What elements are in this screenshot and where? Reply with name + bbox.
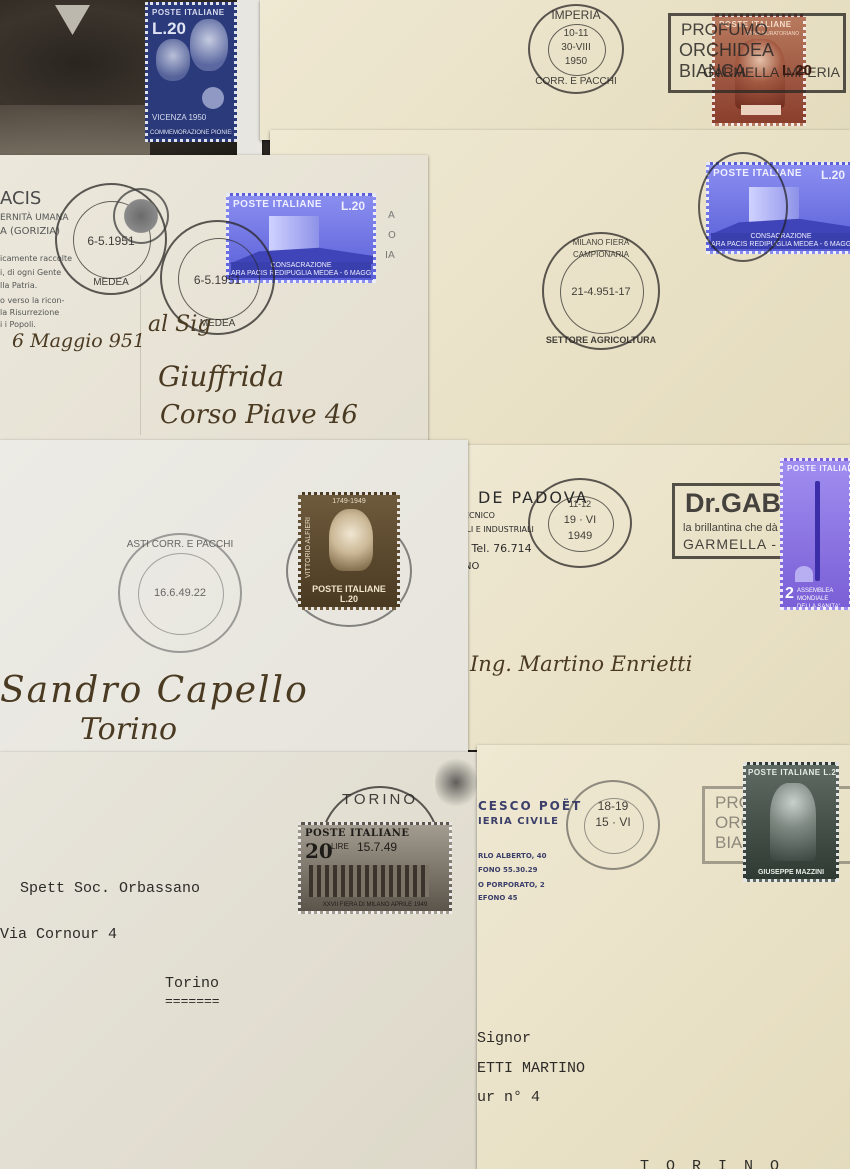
stamp-assemblea-sanita: POSTE ITALIANE 2 ASSEMBLEA MONDIALEDELLA…	[780, 458, 850, 610]
portrait-marzotto	[156, 39, 190, 81]
letterhead-phone: - Tel. 76.714	[464, 542, 532, 555]
dome-icon	[795, 566, 813, 582]
ink-smudge	[435, 755, 477, 810]
postcard-title: ACIS	[0, 188, 41, 209]
photo-highlight	[55, 5, 90, 35]
caduceus-icon	[815, 481, 820, 581]
handwritten-address: Corso Piave 46	[160, 400, 358, 430]
slogan-orchidea-bianca: PROFUMO ORCHIDEA BIANCA GARMELLA IMPERIA	[668, 13, 846, 93]
fair-building	[309, 865, 429, 897]
stamp-footer: GIUSEPPE MAZZINI	[748, 869, 834, 877]
stamp-header: POSTE ITALIANE	[787, 464, 845, 473]
statue-mazzini	[770, 783, 816, 861]
postmark-date: 15.7.49	[357, 840, 397, 854]
stamp-value: L.20	[821, 168, 845, 182]
postmark-time: 10-11	[530, 28, 622, 40]
postmark-asti: ASTI CORR. E PACCHI 16.6.49.22	[118, 533, 242, 653]
address-line2: ETTI MARTINO	[477, 1060, 585, 1077]
address-city: Torino	[165, 975, 219, 992]
letterhead-line: RLO ALBERTO, 40	[478, 852, 546, 860]
postmark-milano-stamp	[698, 152, 788, 262]
slogan-line3: GARMELLA IMPERIA	[703, 64, 840, 80]
address-line3: ur n° 4	[477, 1089, 540, 1106]
stamp-mazzini: POSTE ITALIANE L.20 GIUSEPPE MAZZINI	[743, 762, 839, 882]
stamp-footer: XXVII FIERA DI MILANO APRILE 1949	[303, 901, 447, 909]
postmark-city: IMPERIA	[530, 9, 622, 21]
stamp-footer: POSTE ITALIANE L.20	[303, 584, 395, 604]
postmark-time: 11-12	[530, 498, 630, 510]
commemorative-seal	[113, 188, 169, 244]
stamp-unit: LIRE	[331, 842, 349, 851]
letterhead-name: CESCO POËT	[478, 799, 582, 813]
postmark-city: MILANO FIERA CAMPIONARIA	[544, 237, 658, 261]
address-underline: =======	[165, 994, 220, 1009]
postmark-date: 30-VIII	[530, 42, 622, 54]
side-letter: O	[388, 230, 396, 241]
handwritten-recipient: Ing. Martino Enrietti	[470, 652, 692, 676]
medal	[202, 87, 224, 109]
letterhead-line: EFONO 45	[478, 894, 518, 902]
side-letter: A	[388, 210, 395, 221]
stamp-header: POSTE ITALIANE L.20	[748, 768, 832, 777]
stamp-header: POSTE ITALIANE	[152, 8, 230, 17]
postcard-divider	[140, 275, 141, 435]
letterhead-line: ECNICO	[464, 511, 495, 520]
postmark-date: 16.6.49.22	[120, 587, 240, 599]
postcard-line: lla Patria.	[0, 281, 37, 290]
postmark-date: 19 · VI	[530, 514, 630, 526]
photo-right-strip	[237, 0, 262, 158]
postmark-city: TORINO	[322, 794, 438, 806]
postmark-service: SETTORE AGRICOLTURA	[544, 334, 658, 346]
postmark-date: 21-4.951-17	[544, 286, 658, 298]
stamp-value: 2	[785, 585, 794, 603]
handwritten-greeting: al Sig	[148, 312, 211, 337]
handwritten-recipient: Giuffrida	[158, 360, 284, 393]
postmark-year: 1949	[530, 530, 630, 542]
stamp-value: L.20	[152, 19, 186, 39]
stamp-name: VITTORIO ALFIERI	[305, 517, 312, 578]
stamp-fiera-milano: POSTE ITALIANE 20 LIRE 15.7.49 XXVII FIE…	[298, 822, 452, 914]
slogan-line1: PROFUMO	[681, 20, 768, 40]
postmark-milano-fiera: MILANO FIERA CAMPIONARIA 21-4.951-17 SET…	[542, 232, 660, 350]
address-line1: Signor	[477, 1030, 531, 1047]
postcard-line: A (GORIZIA)	[0, 226, 60, 237]
letterhead-line: ILI E INDUSTRIALI	[464, 525, 534, 534]
address-line2: Via Cornour 4	[0, 926, 117, 943]
postmark-service: CORR. E PACCHI	[530, 76, 622, 88]
postmark-torino-ferrovia-1: 11-12 19 · VI 1949	[528, 478, 632, 568]
photo-light-patch	[0, 105, 150, 158]
address-city: T O R I N O	[640, 1158, 783, 1169]
book	[741, 105, 781, 115]
postmark-imperia: IMPERIA 10-11 30-VIII 1950 CORR. E PACCH…	[528, 4, 624, 94]
stamp-value: L.20	[782, 62, 812, 79]
portrait-alfieri	[329, 509, 373, 571]
postmark-place: MEDEA	[57, 277, 165, 289]
portrait-rossi	[190, 19, 228, 71]
stamp-alfieri: 1749-1949 VITTORIO ALFIERI POSTE ITALIAN…	[298, 492, 400, 610]
stamp-footer: ASSEMBLEA MONDIALEDELLA SANITA'	[797, 587, 849, 610]
handwritten-date: 6 Maggio 951	[12, 330, 145, 352]
stamp-header: 1749-1949	[301, 498, 397, 505]
postcard-line: la Risurrezione	[0, 308, 59, 317]
monument	[269, 216, 319, 252]
postmark-city: ASTI CORR. E PACCHI	[120, 539, 240, 551]
postmark-date: 15 · VI	[568, 816, 658, 828]
stamp-value: 20	[305, 839, 333, 863]
handwritten-recipient: Sandro Capello	[0, 670, 309, 711]
postmark-year: 1950	[530, 56, 622, 68]
letterhead-line: FONO 55.30.29	[478, 866, 538, 874]
stamp-place: VICENZA 1950	[152, 113, 206, 122]
letterhead-line: O PORPORATO, 2	[478, 881, 545, 889]
address-line1: Spett Soc. Orbassano	[20, 880, 200, 897]
stamp-value: L.20	[341, 199, 365, 213]
stamp-pionieri-industria: POSTE ITALIANE L.20 VICENZA 1950 COMMEMO…	[145, 2, 237, 142]
handwritten-city: Torino	[80, 712, 177, 747]
postcard-line: i, di ogni Gente	[0, 268, 61, 277]
postmark-torino-ferrovia-2: 18-19 15 · VI	[566, 780, 660, 870]
stamp-footer: COMMEMORAZIONE PIONIERI INDUSTRIA LANIER…	[150, 129, 232, 137]
side-letter: IA	[385, 250, 395, 261]
postcard-line: o verso la ricon-	[0, 296, 64, 305]
postmark-time: 18-19	[568, 800, 658, 812]
postcard-line: i i Popoli.	[0, 320, 36, 329]
letterhead-line: IERIA CIVILE	[478, 816, 559, 827]
stamp-header: POSTE ITALIANE	[305, 828, 445, 839]
postmark-date: 6-5.1951	[162, 274, 273, 286]
